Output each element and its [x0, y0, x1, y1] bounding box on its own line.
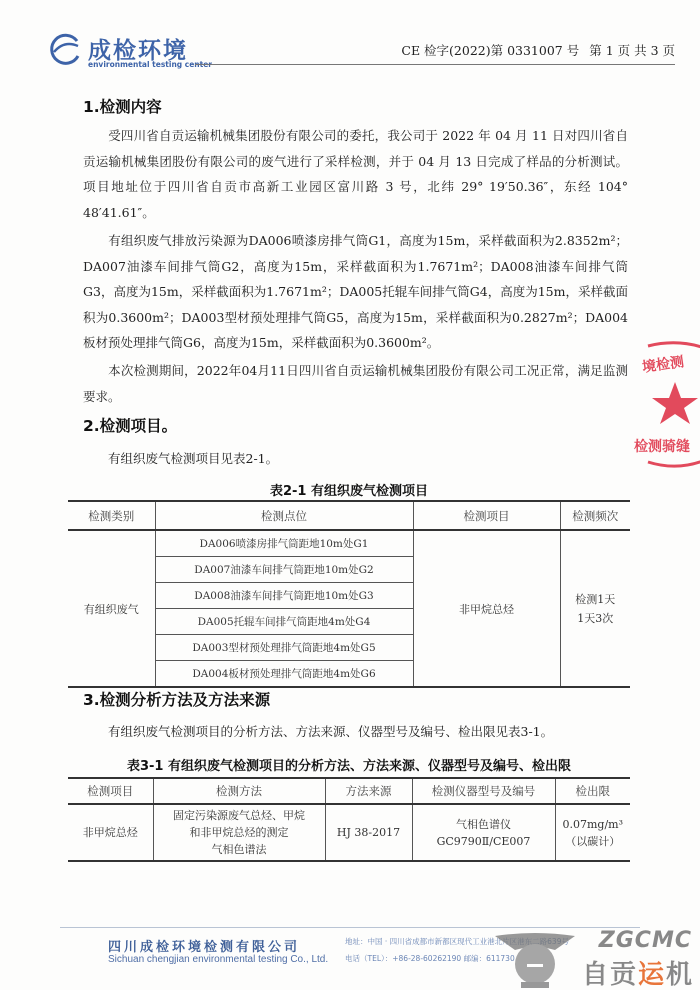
watermark: ZGCMC 自贡运机 — [505, 928, 700, 990]
item-cell: 非甲烷总烃 — [68, 804, 153, 861]
limit-line: （以碳计） — [556, 833, 631, 850]
method-cell: 固定污染源废气总烃、甲烷 和非甲烷总烃的测定 气相色谱法 — [153, 804, 325, 861]
watermark-cn-part: 自贡 — [582, 960, 638, 990]
column-header: 检测点位 — [155, 501, 413, 530]
seal-stamp: 境检测 检测骑缝 — [640, 340, 700, 470]
footer-company-cn: 四川成检环境检测有限公司 — [108, 936, 300, 955]
paragraph-text: 受四川省自贡运输机械集团股份有限公司的委托，我公司于 2022 年 04 月 1… — [83, 128, 628, 220]
table-row: 有组织废气 DA006喷漆房排气筒距地10m处G1 非甲烷总烃 检测1天 1天3… — [68, 530, 630, 557]
source-cell: HJ 38-2017 — [325, 804, 412, 861]
watermark-cn-part: 运 — [638, 960, 666, 990]
frequency-cell: 检测1天 1天3次 — [560, 530, 630, 687]
company-logo: 成检环境 environmental testing center — [48, 30, 218, 74]
point-cell: DA007油漆车间排气筒距地10m处G2 — [155, 557, 413, 583]
table-3-1: 检测项目 检测方法 方法来源 检测仪器型号及编号 检出限 非甲烷总烃 固定污染源… — [68, 777, 630, 862]
footer-phone: 电话（TEL）：+86-28-60262190 邮编：611730 — [345, 953, 515, 964]
column-header: 检测仪器型号及编号 — [412, 778, 555, 804]
point-cell: DA008油漆车间排气筒距地10m处G3 — [155, 583, 413, 609]
method-line: 和非甲烷总烃的测定 — [154, 824, 325, 841]
paragraph-table-ref-2: 有组织废气检测项目见表2-1。 — [83, 446, 628, 472]
column-header: 检出限 — [555, 778, 630, 804]
logo-text-en: environmental testing center — [88, 60, 212, 69]
table-header-row: 检测项目 检测方法 方法来源 检测仪器型号及编号 检出限 — [68, 778, 630, 804]
paragraph-commission: 受四川省自贡运输机械集团股份有限公司的委托，我公司于 2022 年 04 月 1… — [83, 123, 628, 225]
watermark-cn-part: 机 — [666, 960, 694, 990]
category-cell: 有组织废气 — [68, 530, 155, 687]
method-line: 气相色谱法 — [154, 841, 325, 858]
watermark-robot-icon — [495, 928, 575, 990]
table-3-1-caption: 表3-1 有组织废气检测项目的分析方法、方法来源、仪器型号及编号、检出限 — [68, 755, 630, 774]
frequency-line: 1天3次 — [561, 609, 631, 628]
column-header: 检测方法 — [153, 778, 325, 804]
instrument-cell: 气相色谱仪 GC9790Ⅱ/CE007 — [412, 804, 555, 861]
logo-e-icon — [48, 32, 82, 66]
paragraph-text: 有组织废气检测项目的分析方法、方法来源、仪器型号及编号、检出限见表3-1。 — [108, 724, 553, 739]
paragraph-sources: 有组织废气排放污染源为DA006喷漆房排气筒G1，高度为15m，采样截面积为2.… — [83, 228, 628, 356]
paragraph-text: 本次检测期间，2022年04月11日四川省自贡运输机械集团股份有限公司工况正常，… — [83, 363, 628, 404]
frequency-line: 检测1天 — [561, 590, 631, 609]
table-header-row: 检测类别 检测点位 检测项目 检测频次 — [68, 501, 630, 530]
instrument-line: GC9790Ⅱ/CE007 — [413, 833, 555, 850]
method-line: 固定污染源废气总烃、甲烷 — [154, 807, 325, 824]
page-indicator: 第 1 页 共 3 页 — [589, 43, 675, 58]
point-cell: DA003型材预处理排气筒距地4m处G5 — [155, 635, 413, 661]
column-header: 检测类别 — [68, 501, 155, 530]
paragraph-text: 有组织废气排放污染源为DA006喷漆房排气筒G1，高度为15m，采样截面积为2.… — [83, 233, 628, 350]
point-cell: DA004板材预处理排气筒距地4m处G6 — [155, 661, 413, 688]
footer-company-en: Sichuan chengjian environmental testing … — [108, 954, 328, 965]
limit-line: 0.07mg/m³ — [556, 816, 631, 833]
watermark-en: ZGCMC — [599, 928, 692, 953]
section-title-2: 2.检测项目。 — [83, 414, 177, 436]
table-row: 非甲烷总烃 固定污染源废气总烃、甲烷 和非甲烷总烃的测定 气相色谱法 HJ 38… — [68, 804, 630, 861]
document-number: CE 检字(2022)第 0331007 号 第 1 页 共 3 页 — [330, 41, 675, 59]
limit-cell: 0.07mg/m³ （以碳计） — [555, 804, 630, 861]
instrument-line: 气相色谱仪 — [413, 816, 555, 833]
column-header: 方法来源 — [325, 778, 412, 804]
paragraph-table-ref-3: 有组织废气检测项目的分析方法、方法来源、仪器型号及编号、检出限见表3-1。 — [83, 719, 628, 745]
watermark-cn: 自贡运机 — [582, 954, 694, 990]
header-divider — [195, 64, 675, 65]
section-title-3: 3.检测分析方法及方法来源 — [83, 688, 270, 710]
stamp-text-bottom: 检测骑缝 — [634, 436, 690, 456]
column-header: 检测项目 — [68, 778, 153, 804]
paragraph-conditions: 本次检测期间，2022年04月11日四川省自贡运输机械集团股份有限公司工况正常，… — [83, 358, 628, 409]
table-2-1-caption: 表2-1 有组织废气检测项目 — [68, 480, 630, 499]
item-cell: 非甲烷总烃 — [413, 530, 560, 687]
column-header: 检测项目 — [413, 501, 560, 530]
table-2-1: 检测类别 检测点位 检测项目 检测频次 有组织废气 DA006喷漆房排气筒距地1… — [68, 500, 630, 688]
doc-number-text: CE 检字(2022)第 0331007 号 — [401, 43, 579, 58]
column-header: 检测频次 — [560, 501, 630, 530]
point-cell: DA006喷漆房排气筒距地10m处G1 — [155, 530, 413, 557]
section-title-1: 1.检测内容 — [83, 95, 162, 117]
point-cell: DA005托辊车间排气筒距地4m处G4 — [155, 609, 413, 635]
paragraph-text: 有组织废气检测项目见表2-1。 — [108, 451, 278, 466]
